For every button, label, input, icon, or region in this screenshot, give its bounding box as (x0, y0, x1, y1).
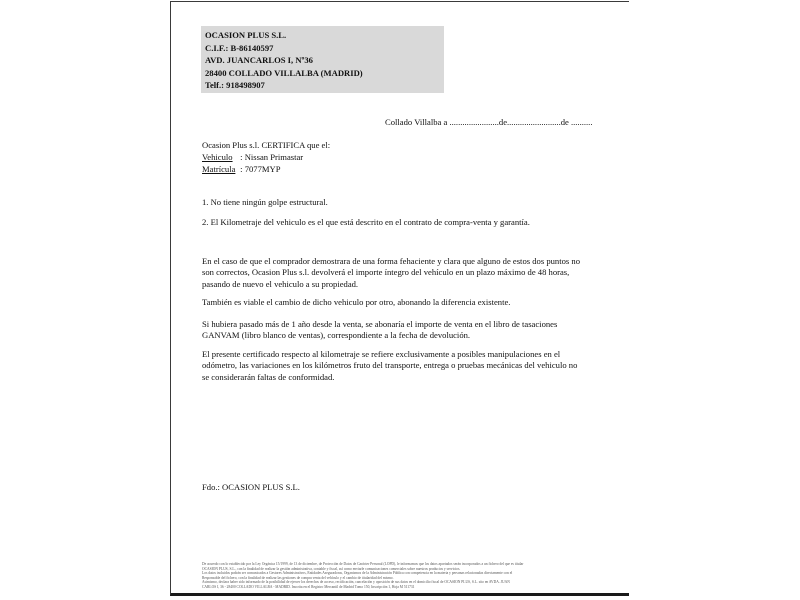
paragraph-line: El presente certificado respecto al kilo… (202, 349, 612, 360)
certifies-statement: Ocasion Plus s.l. CERTIFICA que el: (202, 140, 330, 152)
paragraph-line: son correctos, Ocasion Plus s.l. devolve… (202, 267, 612, 278)
company-phone: Telf.: 918498907 (205, 79, 444, 92)
vehicle-row: Vehiculo : Nissan Primastar (202, 152, 303, 164)
company-address: AVD. JUANCARLOS I, Nº36 (205, 54, 444, 67)
paragraph-line: En el caso de que el comprador demostrar… (202, 256, 612, 267)
plate-value: : 7077MYP (240, 164, 280, 174)
footer-line: CARLOS I, 36 - 28400 COLLADO VILLALBA - … (202, 585, 614, 590)
paragraph-line: odómetro, las variaciones en los kilómet… (202, 360, 612, 371)
paragraph-refund: En el caso de que el comprador demostrar… (202, 256, 612, 290)
paragraph-ganvam: Si hubiera pasado más de 1 año desde la … (202, 319, 612, 342)
paragraph-odometer: El presente certificado respecto al kilo… (202, 349, 612, 383)
date-line: Collado Villalba a .....................… (385, 117, 592, 127)
company-cif: C.I.F.: B-86140597 (205, 42, 444, 55)
plate-row: Matrícula : 7077MYP (202, 164, 281, 176)
point-1: 1. No tiene ningún golpe estructural. (202, 197, 328, 209)
paragraph-line: pasando de nuevo el vehiculo a su propie… (202, 279, 612, 290)
company-name: OCASION PLUS S.L. (205, 29, 444, 42)
paragraph-line: GANVAM (libro blanco de ventas), corresp… (202, 330, 612, 341)
plate-label: Matrícula (202, 164, 238, 176)
vehicle-label: Vehiculo (202, 152, 238, 164)
company-city: 28400 COLLADO VILLALBA (MADRID) (205, 67, 444, 80)
vehicle-value: : Nissan Primastar (240, 152, 303, 162)
point-2: 2. El Kilometraje del vehiculo es el que… (202, 217, 530, 229)
paragraph-line: También es viable el cambio de dicho veh… (202, 297, 612, 308)
legal-footer: De acuerdo con lo establecido por la Ley… (202, 562, 614, 590)
paragraph-exchange: También es viable el cambio de dicho veh… (202, 297, 612, 308)
signature-line: Fdo.: OCASION PLUS S.L. (202, 482, 300, 494)
paragraph-line: Si hubiera pasado más de 1 año desde la … (202, 319, 612, 330)
document-viewer: OCASION PLUS S.L. C.I.F.: B-86140597 AVD… (0, 0, 800, 600)
paragraph-line: se considerarán faltas de conformidad. (202, 372, 612, 383)
company-header-box: OCASION PLUS S.L. C.I.F.: B-86140597 AVD… (201, 26, 444, 93)
document-page: OCASION PLUS S.L. C.I.F.: B-86140597 AVD… (170, 1, 629, 596)
